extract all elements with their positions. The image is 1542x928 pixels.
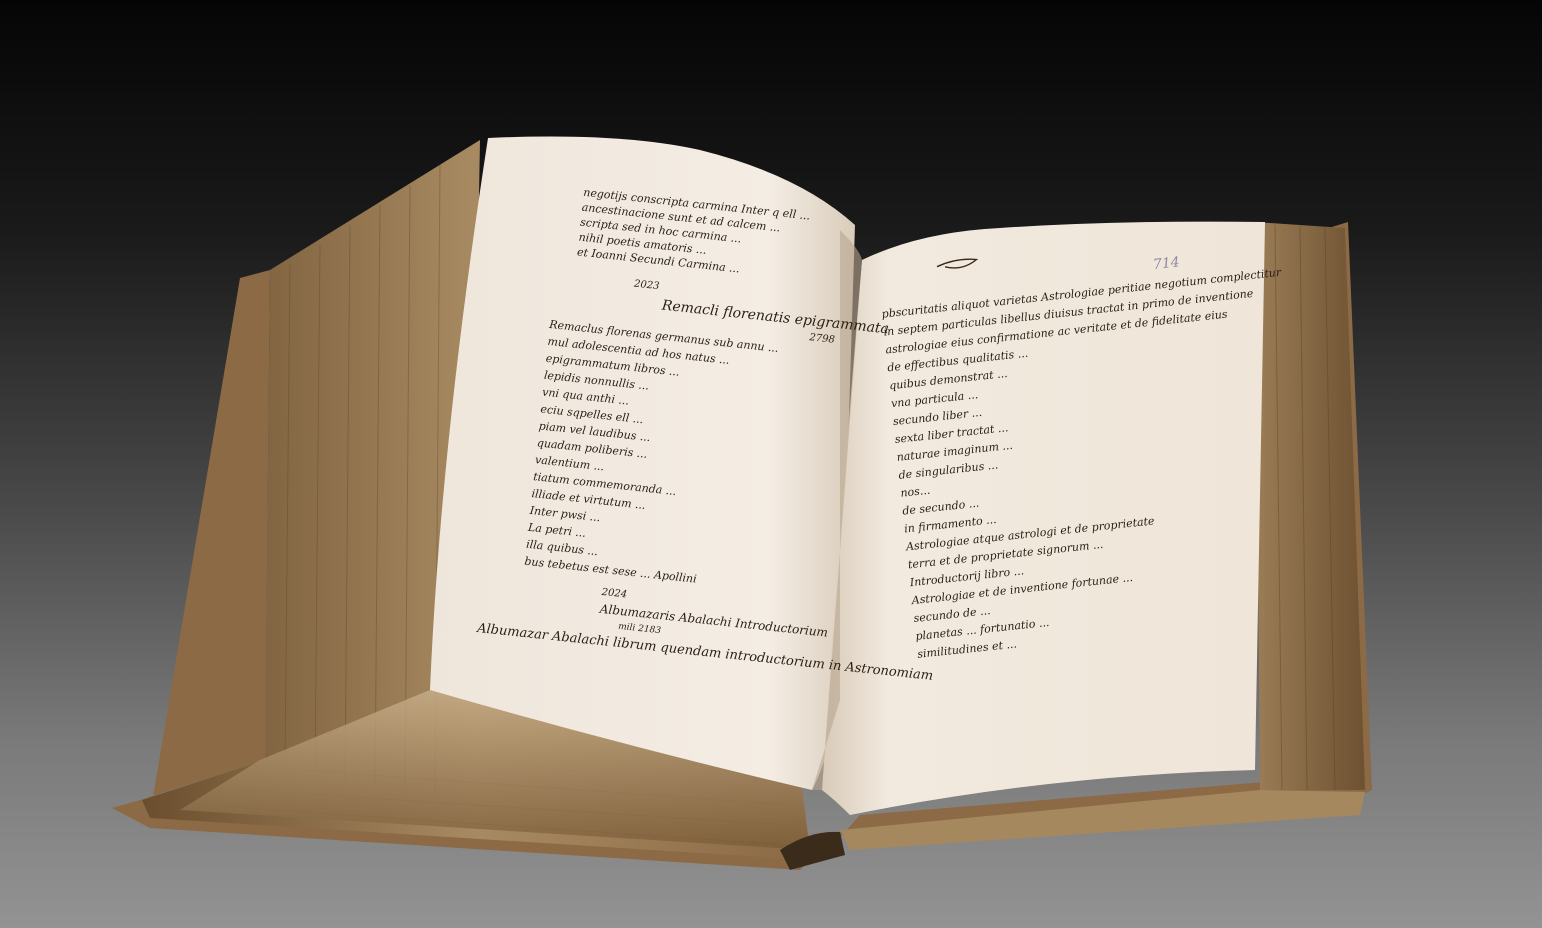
photo-scene: negotijs conscripta carmina Inter q ell … [0,0,1542,928]
book-illustration: negotijs conscripta carmina Inter q ell … [0,0,1542,928]
folio-number: 714 [1152,254,1180,273]
